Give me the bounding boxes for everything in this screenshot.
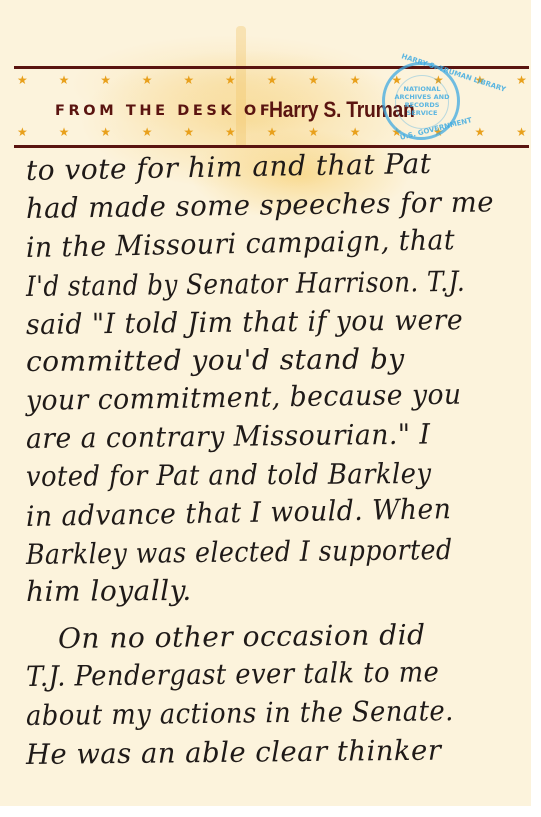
- handwritten-line: Barkley was elected I supported: [26, 533, 453, 571]
- letterhead-bottom-rule: [14, 145, 529, 148]
- stamp-line: RECORDS: [393, 101, 451, 109]
- stamp-line: ARCHIVES AND: [393, 93, 451, 101]
- star-icon: ★: [516, 125, 527, 139]
- stamp-center-text: NATIONAL ARCHIVES AND RECORDS SERVICE: [393, 85, 451, 117]
- handwritten-line: about my actions in the Senate.: [26, 694, 454, 732]
- star-icon: ★: [516, 73, 527, 87]
- star-icon: ★: [267, 125, 278, 139]
- handwritten-line: T.J. Pendergast ever talk to me: [26, 655, 440, 693]
- star-icon: ★: [350, 125, 361, 139]
- star-icon: ★: [142, 73, 153, 87]
- star-icon: ★: [59, 125, 70, 139]
- star-icon: ★: [308, 73, 319, 87]
- star-icon: ★: [59, 73, 70, 87]
- handwritten-line: your commitment, because you: [26, 378, 462, 417]
- handwritten-line: in the Missouri campaign, that: [26, 223, 456, 264]
- star-icon: ★: [183, 125, 194, 139]
- star-icon: ★: [183, 73, 194, 87]
- star-icon: ★: [225, 125, 236, 139]
- star-icon: ★: [17, 73, 28, 87]
- star-icon: ★: [100, 125, 111, 139]
- handwritten-line: committed you'd stand by: [26, 342, 405, 378]
- star-icon: ★: [308, 125, 319, 139]
- star-icon: ★: [17, 125, 28, 139]
- stamp-line: NATIONAL: [393, 85, 451, 93]
- handwritten-line: had made some speeches for me: [26, 185, 494, 225]
- star-icon: ★: [475, 125, 486, 139]
- handwritten-line: I'd stand by Senator Harrison. T.J.: [26, 265, 465, 303]
- star-icon: ★: [225, 73, 236, 87]
- handwritten-line: On no other occasion did: [58, 618, 426, 655]
- handwritten-line: are a contrary Missourian." I: [26, 418, 431, 455]
- star-icon: ★: [267, 73, 278, 87]
- star-icon: ★: [350, 73, 361, 87]
- star-icon: ★: [100, 73, 111, 87]
- handwritten-line: He was an able clear thinker: [26, 734, 442, 771]
- archive-stamp: HARRY S. TRUMAN LIBRARY U.S. GOVERNMENT …: [382, 62, 460, 140]
- handwritten-line: to vote for him and that Pat: [26, 147, 432, 187]
- handwritten-line: said "I told Jim that if you were: [26, 303, 463, 341]
- letterhead-from-label: FROM THE DESK OF: [55, 102, 273, 120]
- handwritten-line: in advance that I would. When: [26, 492, 452, 533]
- handwritten-line: him loyally.: [26, 574, 192, 608]
- star-icon: ★: [142, 125, 153, 139]
- letter-page: ★ ★ ★ ★ ★ ★ ★ ★ ★ ★ ★ ★ ★ FROM THE DESK …: [0, 0, 531, 806]
- handwritten-line: voted for Pat and told Barkley: [26, 457, 432, 493]
- stamp-line: SERVICE: [393, 109, 451, 117]
